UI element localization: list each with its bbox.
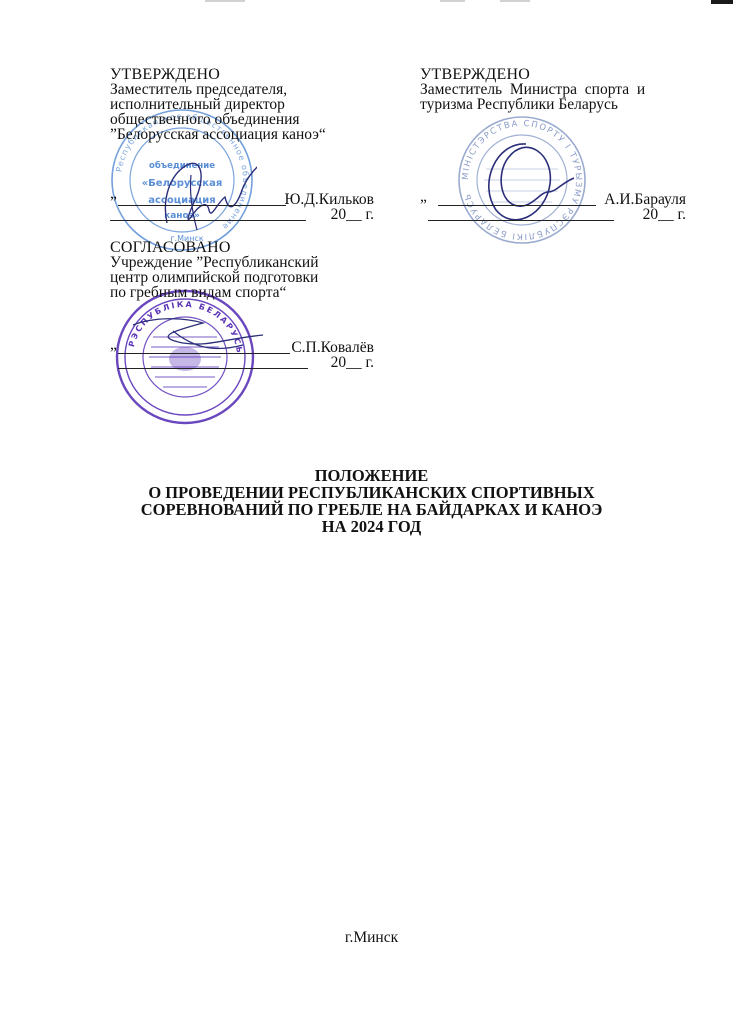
signature-underline xyxy=(118,353,290,354)
title-line: ПОЛОЖЕНИЕ xyxy=(0,467,743,484)
date-underline xyxy=(110,220,306,221)
signature-line: С.П.Ковалёв xyxy=(110,340,374,355)
approval-block-association: УТВЕРЖДЕНО Заместитель председателя, исп… xyxy=(110,67,374,222)
document-title: ПОЛОЖЕНИЕ О ПРОВЕДЕНИИ РЕСПУБЛИКАНСКИХ С… xyxy=(0,467,743,535)
title-line: О ПРОВЕДЕНИИ РЕСПУБЛИКАНСКИХ СПОРТИВНЫХ xyxy=(0,484,743,501)
signatory-name: А.И.Барауля xyxy=(604,192,686,207)
signature-line: ” Ю.Д.Кильков xyxy=(110,192,374,207)
signature-underline xyxy=(438,205,596,206)
date-underline xyxy=(118,368,308,369)
date-quote: ” xyxy=(110,346,117,361)
scan-edge-mark xyxy=(711,0,733,4)
approval-position-line: исполнительный директор xyxy=(110,97,374,112)
signatory-name: Ю.Д.Кильков xyxy=(284,192,374,207)
agreed-heading: СОГЛАСОВАНО xyxy=(110,240,374,255)
agreed-block: СОГЛАСОВАНО Учреждение ”Республиканский … xyxy=(110,240,374,370)
approval-heading: УТВЕРЖДЕНО xyxy=(110,67,374,82)
approval-position-line: туризма Республики Беларусь xyxy=(420,97,686,112)
signature-underline xyxy=(118,205,286,206)
title-line: НА 2024 ГОД xyxy=(0,518,743,535)
scan-smudge xyxy=(440,0,465,2)
approval-heading: УТВЕРЖДЕНО xyxy=(420,67,686,82)
approval-organization-line: ”Белорусская ассоциация каноэ“ xyxy=(110,127,374,142)
title-line: СОРЕВНОВАНИЙ ПО ГРЕБЛЕ НА БАЙДАРКАХ И КА… xyxy=(0,501,743,518)
date-quote: ” xyxy=(420,198,427,213)
date-underline xyxy=(428,220,614,221)
scan-smudge xyxy=(500,0,530,2)
agreed-organization-line: центр олимпийской подготовки xyxy=(110,270,374,285)
date-year: 20__ г. xyxy=(331,355,374,370)
agreed-organization-line: по гребным видам спорта“ xyxy=(110,285,374,300)
date-line: 20__ г. xyxy=(110,207,374,222)
approval-position-line: общественного объединения xyxy=(110,112,374,127)
approval-position-line: Заместитель председателя, xyxy=(110,82,374,97)
date-year: 20__ г. xyxy=(331,207,374,222)
agreed-organization-line: Учреждение ”Республиканский xyxy=(110,255,374,270)
date-line: ” 20__ г. xyxy=(110,355,374,370)
signature-line: А.И.Барауля xyxy=(420,192,686,207)
approval-position-line: Заместитель Министра спорта и xyxy=(420,82,686,97)
city-footer: г.Минск xyxy=(0,929,743,947)
date-year: 20__ г. xyxy=(643,207,686,222)
date-line: ” 20__ г. xyxy=(420,207,686,222)
signatory-name: С.П.Ковалёв xyxy=(291,340,374,355)
scan-smudge xyxy=(205,0,245,2)
approval-block-ministry: УТВЕРЖДЕНО Заместитель Министра спорта и… xyxy=(420,67,686,222)
